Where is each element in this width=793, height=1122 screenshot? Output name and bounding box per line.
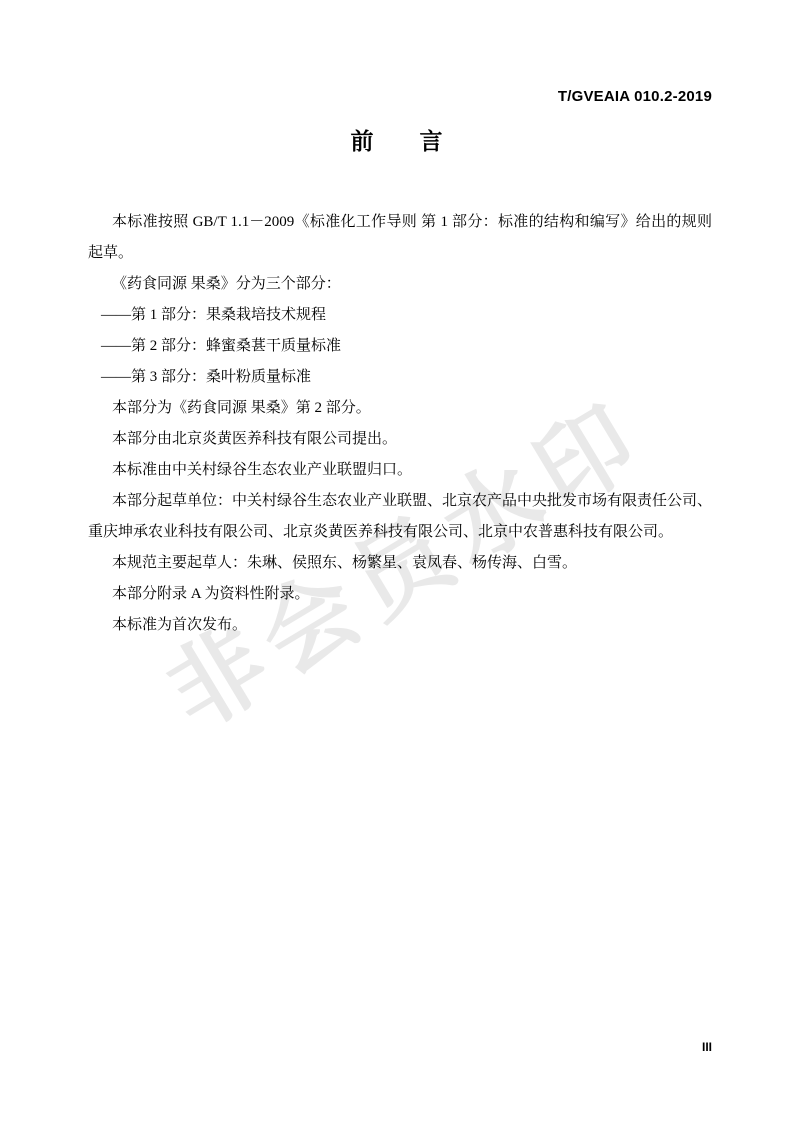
foreword-title: 前 言 [0, 129, 793, 154]
foreword-body: 本标准按照 GB/T 1.1－2009《标准化工作导则 第 1 部分：标准的结构… [88, 207, 712, 641]
paragraph-this-part: 本部分为《药食同源 果桑》第 2 部分。 [88, 393, 712, 424]
paragraph-drafters: 本规范主要起草人：朱琳、侯照东、杨繁星、袁凤春、杨传海、白雪。 [88, 548, 712, 579]
page-number: III [702, 1040, 712, 1054]
paragraph-proposed-by: 本部分由北京炎黄医养科技有限公司提出。 [88, 424, 712, 455]
paragraph-annex-note: 本部分附录 A 为资料性附录。 [88, 579, 712, 610]
document-page: 非会员水印 T/GVEAIA 010.2-2019 前 言 本标准按照 GB/T… [0, 0, 793, 1122]
list-item-part-1: ——第 1 部分：果桑栽培技术规程 [88, 300, 712, 331]
list-item-part-3: ——第 3 部分：桑叶粉质量标准 [88, 362, 712, 393]
paragraph-parts-intro: 《药食同源 果桑》分为三个部分： [88, 269, 712, 300]
paragraph-drafting-organizations: 本部分起草单位：中关村绿谷生态农业产业联盟、北京农产品中央批发市场有限责任公司、… [88, 486, 712, 548]
list-item-part-2: ——第 2 部分：蜂蜜桑葚干质量标准 [88, 331, 712, 362]
paragraph-first-issue: 本标准为首次发布。 [88, 610, 712, 641]
paragraph-drafting-rules: 本标准按照 GB/T 1.1－2009《标准化工作导则 第 1 部分：标准的结构… [88, 207, 712, 269]
standard-number: T/GVEAIA 010.2-2019 [558, 88, 712, 105]
paragraph-centralized-by: 本标准由中关村绿谷生态农业产业联盟归口。 [88, 455, 712, 486]
